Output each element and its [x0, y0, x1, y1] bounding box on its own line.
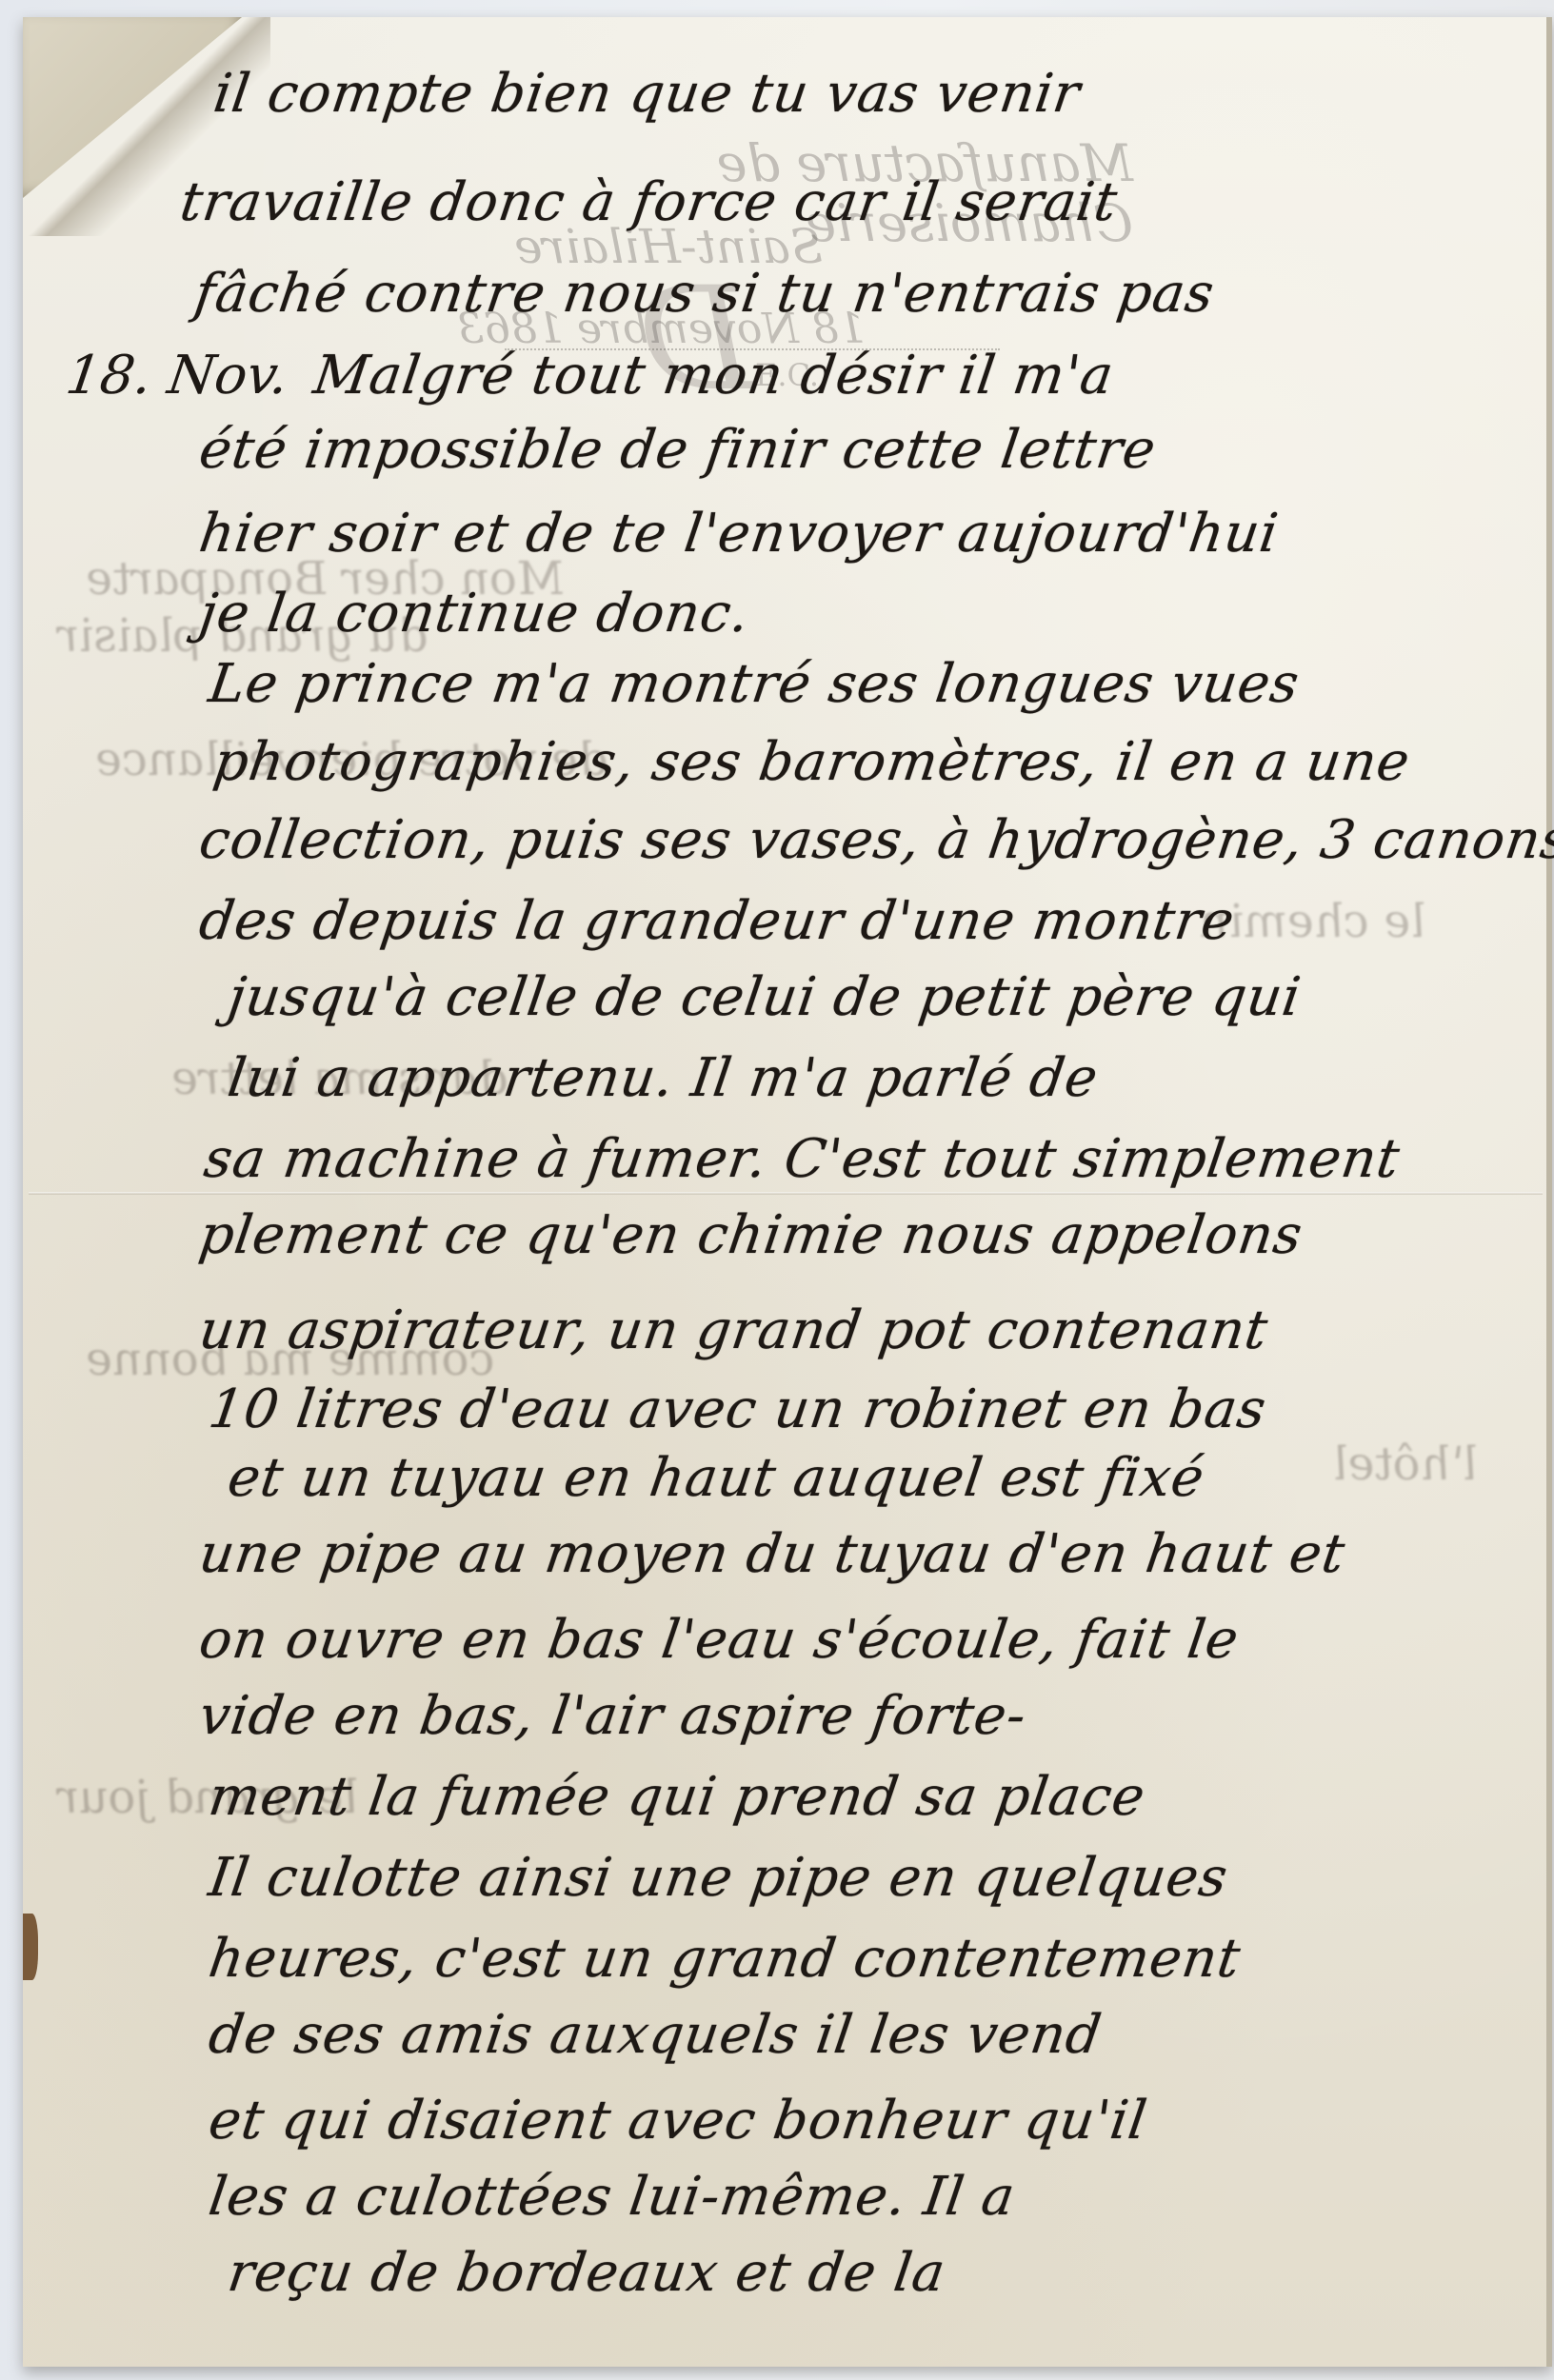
handwritten-line: un aspirateur, un grand pot contenant [195, 1299, 1271, 1361]
handwritten-line: Le prince m'a montré ses longues vues [205, 653, 1303, 715]
handwritten-line: photographies, ses baromètres, il en a u… [209, 731, 1414, 793]
paper-crease [29, 1192, 1543, 1195]
handwritten-line: il compte bien que tu vas venir [209, 63, 1084, 125]
handwritten-line: travaille donc à force car il serait [176, 171, 1121, 233]
handwritten-line: fâché contre nous si tu n'entrais pas [190, 263, 1218, 325]
handwritten-line: Malgré tout mon désir il m'a [309, 345, 1117, 407]
handwritten-line: heures, c'est un grand contentement [205, 1928, 1245, 1990]
handwritten-line: une pipe au moyen du tuyau d'en haut et [195, 1523, 1348, 1585]
handwritten-line: ment la fumée qui prend sa place [205, 1766, 1148, 1828]
handwritten-line: je la continue donc. [195, 583, 753, 645]
handwritten-line: des depuis la grandeur d'une montre [195, 890, 1238, 952]
handwritten-line: on ouvre en bas l'eau s'écoule, fait le [195, 1609, 1243, 1671]
handwritten-line: collection, puis ses vases, à hydrogène,… [195, 809, 1554, 871]
edge-stain [23, 1914, 38, 1980]
handwritten-line: jusqu'à celle de celui de petit père qui [224, 966, 1305, 1028]
handwritten-line: et qui disaient avec bonheur qu'il [205, 2090, 1150, 2152]
handwritten-line: reçu de bordeaux et de la [224, 2242, 949, 2304]
handwritten-line: Il culotte ainsi une pipe en quelques [205, 1847, 1231, 1909]
handwritten-line: lui a appartenu. Il m'a parlé de [224, 1047, 1102, 1109]
handwritten-line: les a culottées lui-même. Il a [205, 2166, 1019, 2228]
margin-date: 18. Nov. [62, 345, 292, 407]
handwritten-line: 10 litres d'eau avec un robinet en bas [205, 1378, 1270, 1440]
handwritten-line: été impossible de finir cette lettre [195, 419, 1160, 481]
handwritten-line: de ses amis auxquels il les vend [205, 2004, 1106, 2066]
handwritten-line: vide en bas, l'air aspire forte- [195, 1685, 1030, 1747]
handwritten-line: et un tuyau en haut auquel est fixé [224, 1447, 1208, 1509]
handwritten-line: hier soir et de te l'envoyer aujourd'hui [195, 503, 1282, 565]
handwritten-line: plement ce qu'en chimie nous appelons [195, 1204, 1306, 1266]
handwritten-line: sa machine à fumer. C'est tout simplemen… [200, 1128, 1404, 1190]
